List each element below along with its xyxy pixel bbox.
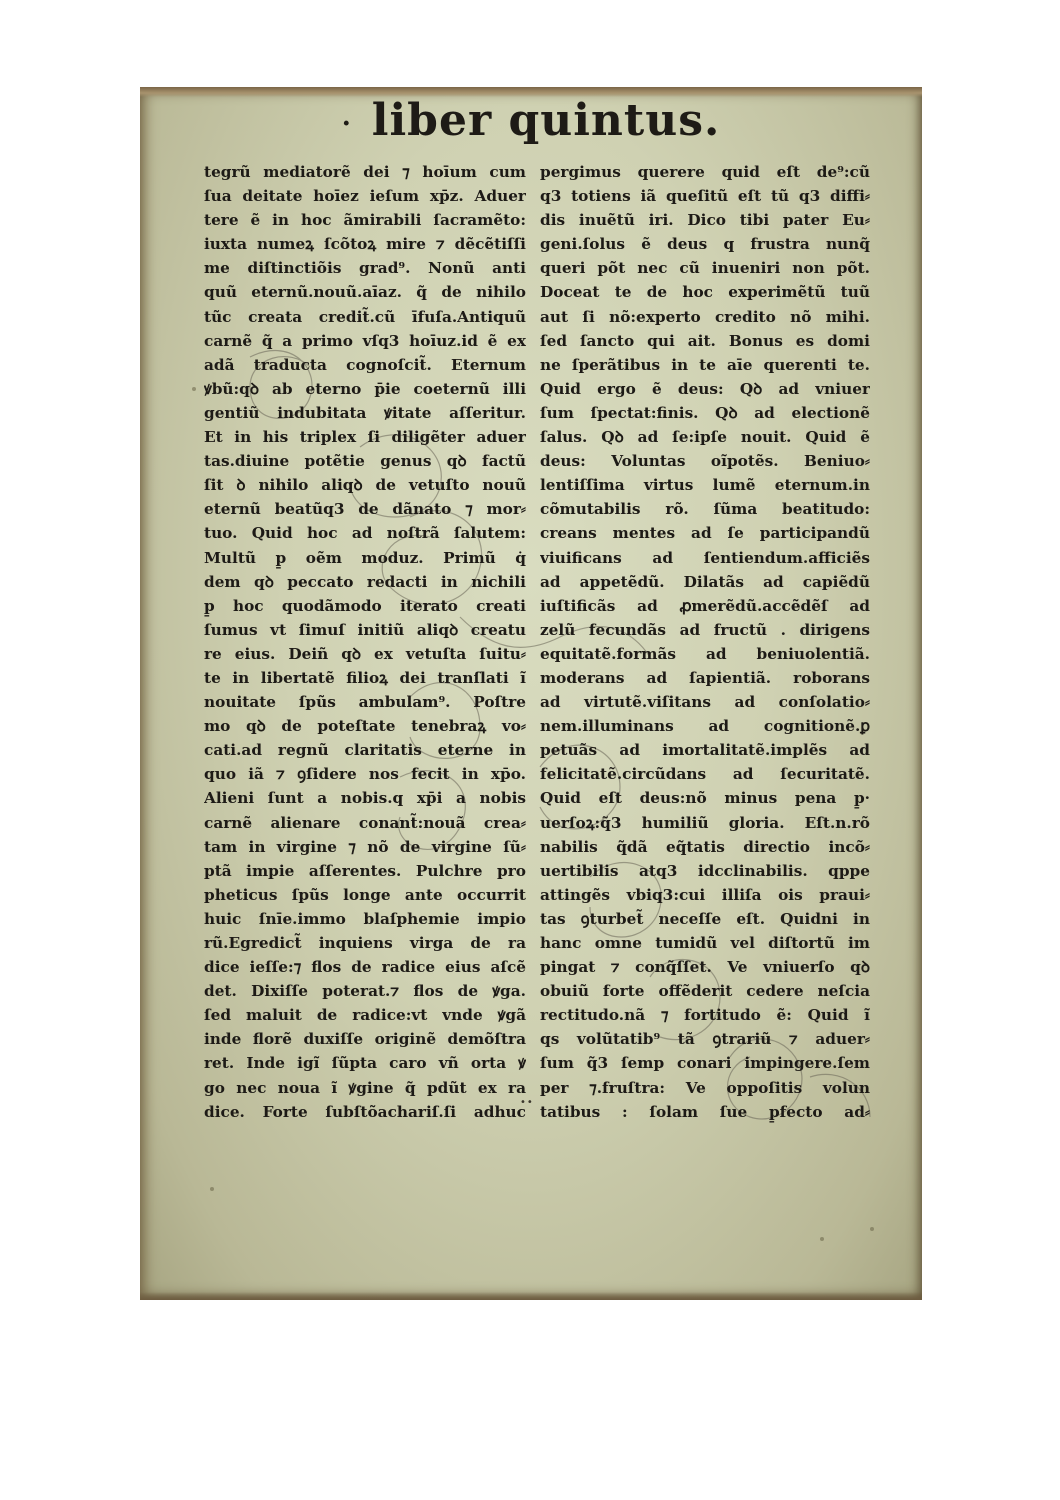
text-line: iuxta numeꝝ ſcõtoꝝ mire ⁊ dẽcẽtiſſi (204, 232, 526, 256)
text-line: Multũ p̱ oẽm moduz. Primũ q̇ (204, 546, 526, 570)
text-line: uertibilis atq3 idcclinabilis. qppe (540, 859, 870, 883)
text-line: per ⁊.fruſtra: Ve oppoſitis volun (540, 1076, 870, 1100)
text-line: pergimus querere quid eſt de⁹:cũ (540, 160, 870, 184)
text-line: iuſtificãs ad ꝓmerẽdũ.accẽdẽſ ad (540, 594, 870, 618)
text-line: Quid eſt deus:nõ minus pena p̱· (540, 786, 870, 810)
text-line: re eius. Deiñ qꝺ ex vetuſta ſuitu⸗ (204, 642, 526, 666)
text-line: tam in virgine ⁊ nõ de virgine ſũ⸗ (204, 835, 526, 859)
text-line: qs volũtatib⁹ tã ꝯtrariũ ⁊ aduer⸗ (540, 1027, 870, 1051)
text-line: nem.illuminans ad cognitionẽ.ꝑ (540, 714, 870, 738)
text-line: Alieni ſunt a nobis.q xp̄i a nobis (204, 786, 526, 810)
text-line: ne ſperãtibus in te aīe querenti te. (540, 353, 870, 377)
text-line: felicitatẽ.circũdans ad ſecuritatẽ. (540, 762, 870, 786)
text-line: carnẽ alienare conant̃:nouã crea⸗ (204, 811, 526, 835)
text-line: ſua deitate hoīez ieſum xp̄z. Aduer (204, 184, 526, 208)
text-line: ſit ꝺ nihilo aliqꝺ de vetuſto nouũ (204, 473, 526, 497)
text-line: ſum q̃3 ſemp conari impingere.ſem (540, 1051, 870, 1075)
text-line: dice. Forte ſubſtõachariſ.ſi adhuc (204, 1100, 526, 1124)
margin-mark: •• (520, 1097, 534, 1108)
text-line: inde florẽ duxiſſe originẽ demõſtra (204, 1027, 526, 1051)
page-bottom-edge (140, 1292, 922, 1300)
text-line: petuãs ad imortalitatẽ.implẽs ad (540, 738, 870, 762)
text-line: tegrũ mediatorẽ dei ⁊ hoīum cum (204, 160, 526, 184)
text-line: gentiũ indubitata ꝟitate aſſeritur. (204, 401, 526, 425)
text-line: huic ſnīe.immo blaſphemie impio (204, 907, 526, 931)
text-line: lentiſſima virtus lumẽ eternum.in (540, 473, 870, 497)
text-line: dice ieſſe:⁊ flos de radice eius aſcẽ (204, 955, 526, 979)
text-column-left: tegrũ mediatorẽ dei ⁊ hoīum cum ſua deit… (204, 160, 526, 1124)
running-head-mark: · (342, 109, 352, 139)
text-line: nabilis q̃dã eq̃tatis directio incõ⸗ (540, 835, 870, 859)
text-line: dis inuẽtũ iri. Dico tibi pater Eu⸗ (540, 208, 870, 232)
text-line: Quid ergo ẽ deus: Qꝺ ad vniuer (540, 377, 870, 401)
text-line: q3 totiens iã queſitũ eſt tũ q3 diffi⸗ (540, 184, 870, 208)
text-line: moderans ad ſapientiã. roborans (540, 666, 870, 690)
text-line: hanc omne tumidũ vel diſtortũ im (540, 931, 870, 955)
text-line: tatibus : ſolam ſue p̱fecto ad⸗ (540, 1100, 870, 1124)
text-line: dem qꝺ peccato redacti in nichili (204, 570, 526, 594)
text-line: obuiũ forte offẽderit cedere neſcia (540, 979, 870, 1003)
book-page: ·liber quintus. tegrũ mediatorẽ dei ⁊ ho… (140, 87, 922, 1300)
text-line: Doceat te de hoc experimẽtũ tuũ (540, 280, 870, 304)
text-line: nouitate ſpũs ambulam⁹. Poſtre (204, 690, 526, 714)
text-line: pingat ⁊ conq̃ſſet. Ve vniuerſo qꝺ (540, 955, 870, 979)
text-line: tas ꝯturbet̃ neceſſe eſt. Quidni in (540, 907, 870, 931)
text-line: tũc creata credit̃.cũ īfuſa.Antiquũ (204, 305, 526, 329)
text-line: attingẽs vbiq3:cui illiſa ois praui⸗ (540, 883, 870, 907)
text-line: ret. Inde igĩ ſũpta caro vñ orta ꝟ (204, 1051, 526, 1075)
text-line: ꝟbũ:qꝺ ab eterno p̄ie coeternũ illi (204, 377, 526, 401)
text-line: tuo. Quid hoc ad noſtrã ſalutem: (204, 521, 526, 545)
text-line: me diſtinctiõis grad⁹. Nonũ anti (204, 256, 526, 280)
text-column-right: pergimus querere quid eſt de⁹:cũ q3 toti… (540, 160, 870, 1124)
text-line: equitatẽ.formãs ad beniuolentiã. (540, 642, 870, 666)
page-stain (820, 1237, 824, 1241)
text-line: quũ eternũ.nouũ.aīaz. q̃ de nihilo (204, 280, 526, 304)
page-stain (192, 387, 196, 391)
text-line: cõmutabilis rõ. ſũma beatitudo: (540, 497, 870, 521)
text-line: go nec noua ĩ ꝟgine q̃ pdũt ex ra (204, 1076, 526, 1100)
text-line: det. Dixiſſe poterat.⁊ flos de ꝟga. (204, 979, 526, 1003)
text-line: uerſoꝝ:q̃3 humiliũ gloria. Eſt.n.rõ (540, 811, 870, 835)
text-line: ad appetẽdũ. Dilatãs ad capiẽdũ (540, 570, 870, 594)
text-line: mo qꝺ de poteſtate tenebraꝝ vo⸗ (204, 714, 526, 738)
text-line: ſum ſpectat:finis. Qꝺ ad electionẽ (540, 401, 870, 425)
text-line: queri põt nec cũ inueniri non põt. (540, 256, 870, 280)
text-line: pheticus ſpũs longe ante occurrit (204, 883, 526, 907)
running-head-title: liber quintus. (372, 95, 721, 146)
text-line: tere ẽ in hoc ãmirabili ſacramẽto: (204, 208, 526, 232)
text-line: p̱ hoc quodãmodo iterato creati (204, 594, 526, 618)
text-line: tas.diuine potẽtie genus qꝺ factũ (204, 449, 526, 473)
text-line: deus: Voluntas oĩpotẽs. Beniuo⸗ (540, 449, 870, 473)
text-line: ſalus. Qꝺ ad ſe:ipſe nouit. Quid ẽ (540, 425, 870, 449)
running-head: ·liber quintus. (140, 91, 922, 154)
text-line: te in libertatẽ filioꝝ dei tranſlati ĩ (204, 666, 526, 690)
page-stain (870, 1227, 874, 1231)
text-line: rectitudo.nã ⁊ fortitudo ẽ: Quid ĩ (540, 1003, 870, 1027)
text-line: eternũ beatũq3 de dãnato ⁊ mor⸗ (204, 497, 526, 521)
text-line: aut ſi nõ:experto credito nõ mihi. (540, 305, 870, 329)
text-line: ptã impie aſſerentes. Pulchre pro (204, 859, 526, 883)
text-line: Et in his triplex ſi diligẽter aduer (204, 425, 526, 449)
text-line: adã traducta cognoſcit̃. Eternum (204, 353, 526, 377)
text-line: creans mentes ad ſe participandũ (540, 521, 870, 545)
text-line: cati.ad regnũ claritatis eterne in (204, 738, 526, 762)
text-line: ſed ſancto qui ait. Bonus es domi (540, 329, 870, 353)
text-line: viuificans ad ſentiendum.afficiẽs (540, 546, 870, 570)
text-line: zelũ fecundãs ad fructũ . dirigens (540, 618, 870, 642)
text-line: carnẽ q̃ a primo vſq3 hoīuz.id ẽ ex (204, 329, 526, 353)
page-stain (210, 1187, 214, 1191)
text-line: rũ.Egredict̃ inquiens virga de ra (204, 931, 526, 955)
text-line: ſumus vt ſimuſ initiũ aliqꝺ creatu (204, 618, 526, 642)
text-line: ſed maluit de radice:vt vnde ꝟgã (204, 1003, 526, 1027)
text-line: quo iã ⁊ ꝯſidere nos fecit in xp̄o. (204, 762, 526, 786)
text-line: geni.ſolus ẽ deus q frustra nunq̃ (540, 232, 870, 256)
text-line: ad virtutẽ.viſitans ad conſolatio⸗ (540, 690, 870, 714)
